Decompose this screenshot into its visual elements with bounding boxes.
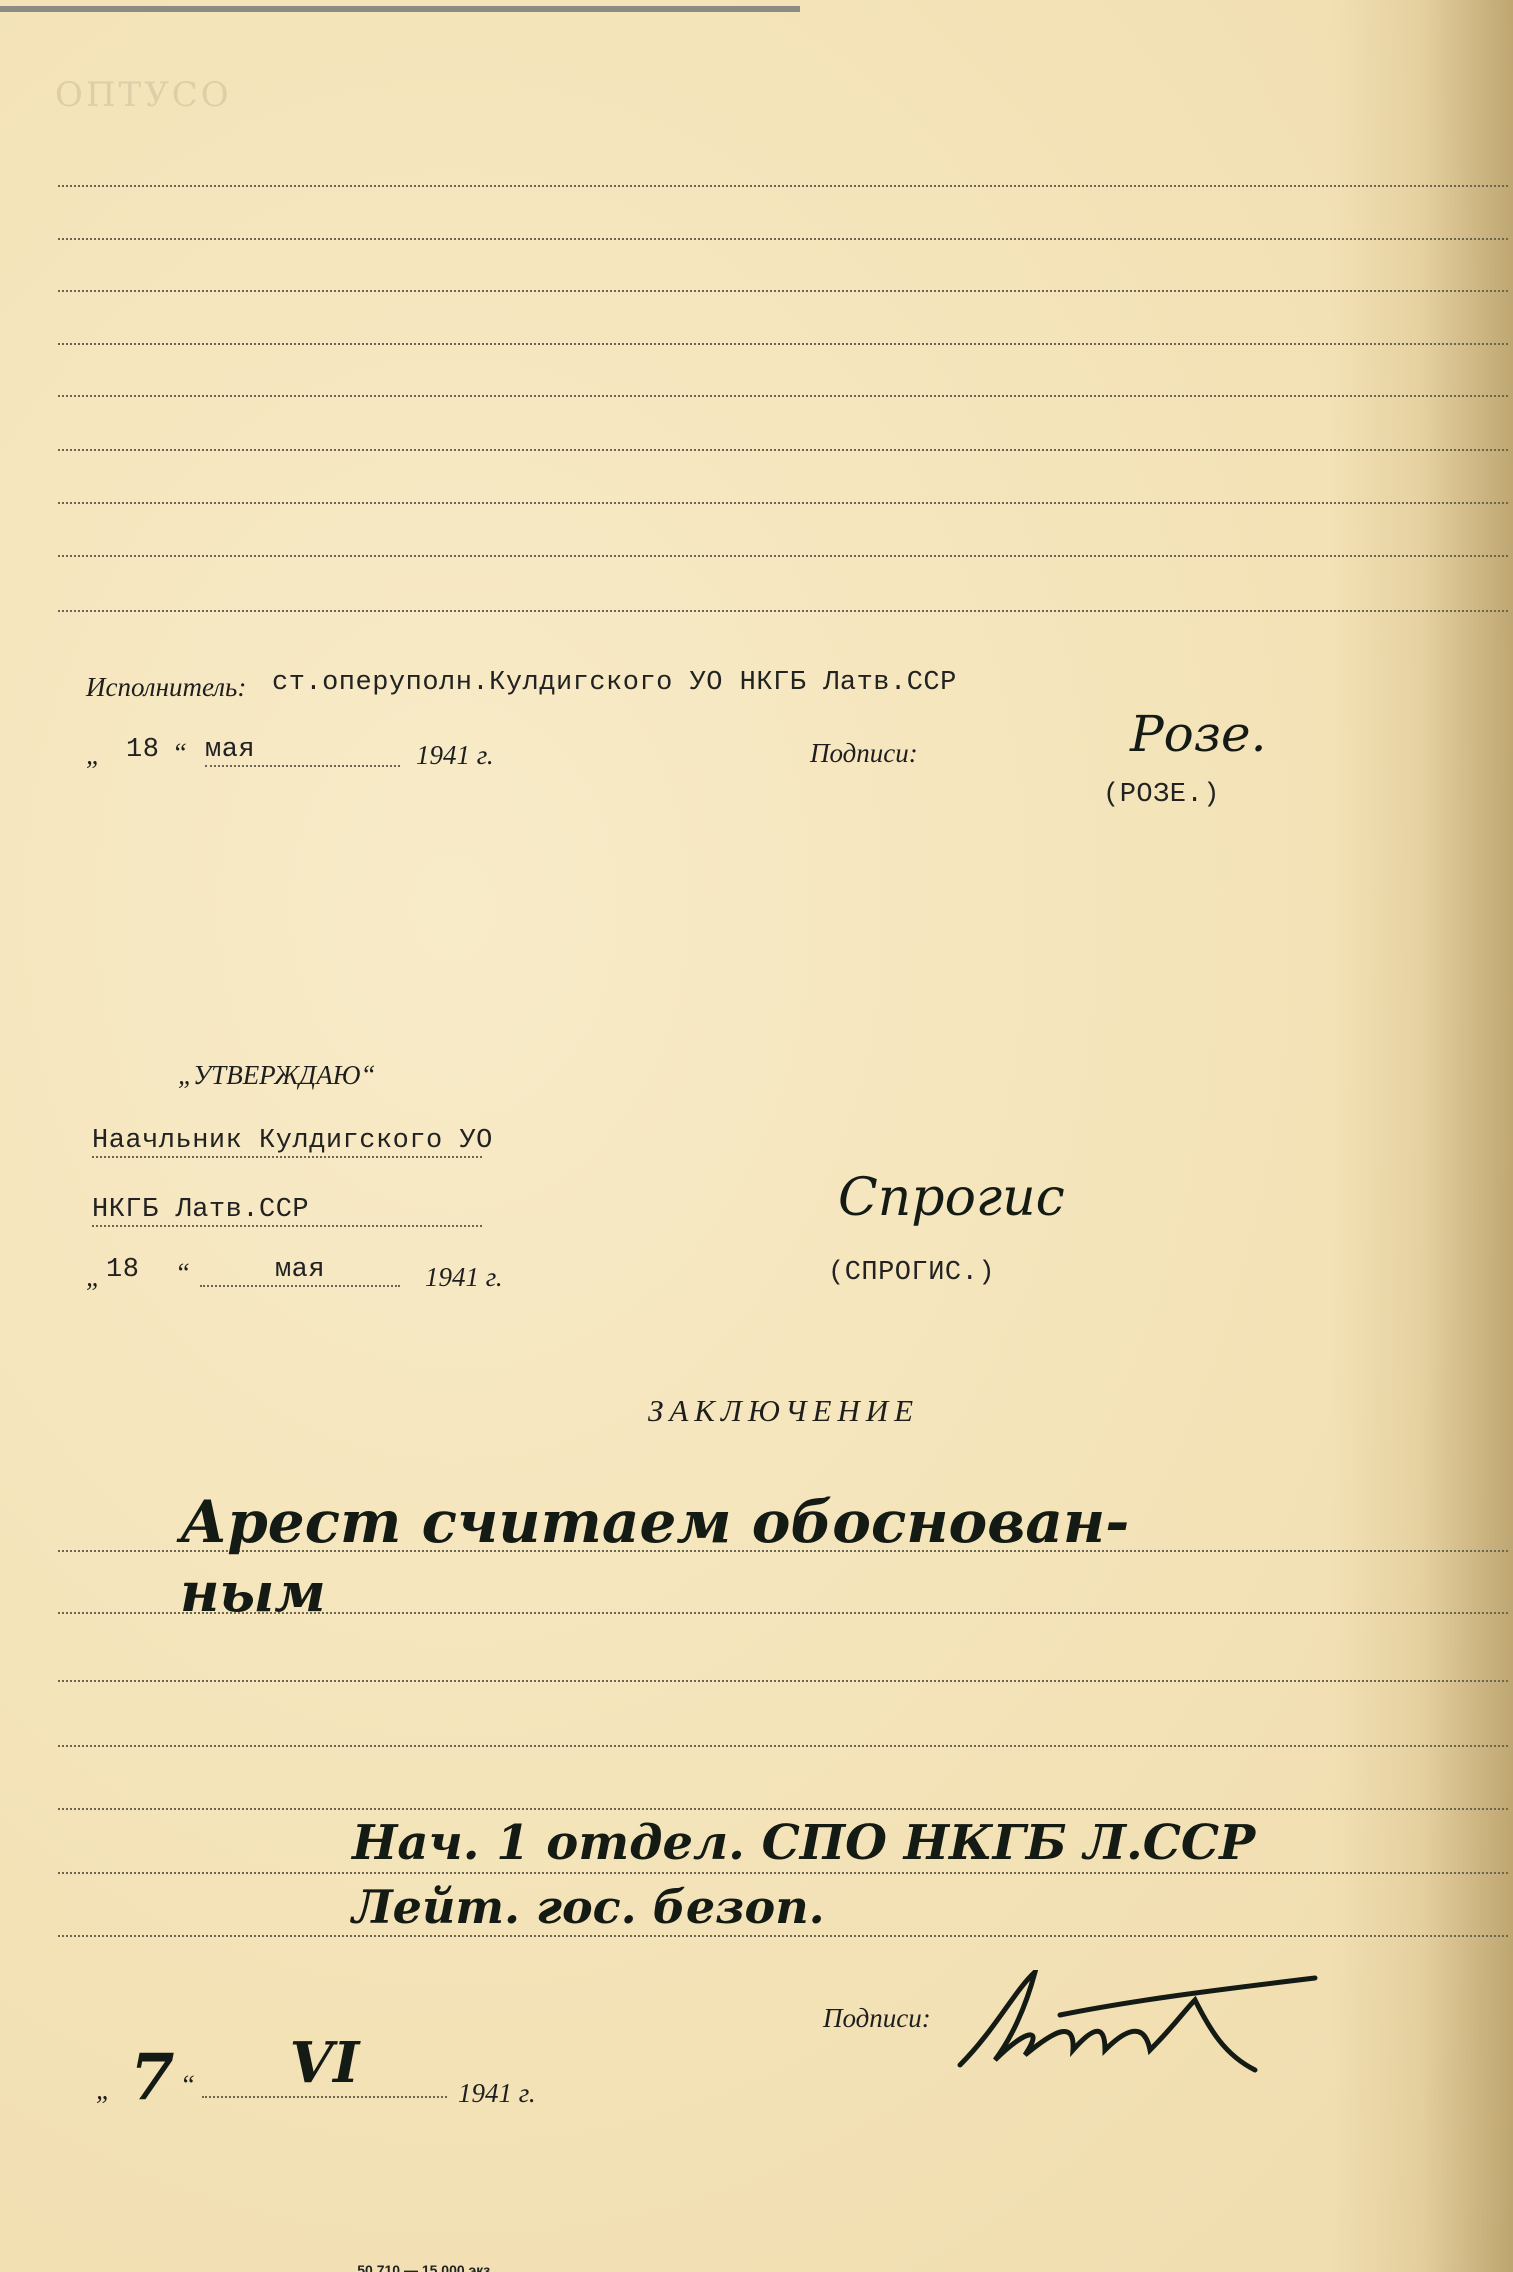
approval-date-day: 18 [106, 1255, 139, 1285]
ruled-line [58, 449, 1508, 451]
approval-date-year: 1941 г. [425, 1262, 503, 1293]
date-open-quote: „ [86, 740, 101, 771]
executor-date-year: 1941 г. [416, 740, 494, 771]
ruled-line [58, 290, 1508, 292]
executor-value: ст.оперуполн.Кулдигского УО НКГБ Латв.СС… [272, 668, 957, 698]
ruled-line [58, 1680, 1508, 1682]
ruled-line [58, 555, 1508, 557]
conclusion-text-line-2: ным [180, 1560, 326, 1624]
conclusion-date-year: 1941 г. [458, 2078, 536, 2109]
print-imprint: ...... 50 710 — 15 000 экз. [330, 2262, 494, 2272]
conclusion-signature-scribble [955, 1970, 1405, 2080]
handwritten-signature-roze: Розе. [1130, 705, 1267, 763]
ruled-line [58, 343, 1508, 345]
signer-title-line-2: Лейт. гос. безоп. [352, 1880, 825, 1934]
conclusion-date-month: VI [202, 2030, 447, 2098]
approval-line-2: НКГБ Латв.ССР [92, 1195, 482, 1227]
ruled-line [58, 1808, 1508, 1810]
approval-line-1: Наачльник Кулдигского УО [92, 1126, 482, 1158]
ruled-line [58, 238, 1508, 240]
typed-name-sprogis: (СПРОГИС.) [828, 1258, 995, 1288]
conclusion-text-line-1: Арест считаем обоснован- [180, 1488, 1129, 1556]
typed-name-roze: (РОЗЕ.) [1103, 780, 1220, 810]
executor-date-day: 18 [126, 735, 159, 765]
executor-date-month: мая [205, 735, 400, 767]
date-open-quote: „ [96, 2075, 111, 2106]
executor-label: Исполнитель: [86, 672, 246, 703]
ruled-line [58, 185, 1508, 187]
ruled-line [58, 1745, 1508, 1747]
ruled-line [58, 610, 1508, 612]
conclusion-signature-label: Подписи: [823, 2003, 931, 2034]
signer-title-line-1: Нач. 1 отдел. СПО НКГБ Л.ССР [352, 1815, 1255, 1871]
date-close-quote: “ [180, 2070, 195, 2101]
conclusion-heading: ЗАКЛЮЧЕНИЕ [648, 1393, 919, 1429]
approval-date-month: мая [200, 1255, 400, 1287]
date-close-quote: “ [175, 1258, 190, 1289]
conclusion-date-day: 7 [130, 2040, 175, 2115]
date-open-quote: „ [86, 1262, 101, 1293]
faint-header-text: ОПТУСО [55, 75, 232, 115]
top-binding-strip [0, 6, 800, 12]
signature-label: Подписи: [810, 738, 918, 769]
approval-stamp: „УТВЕРЖДАЮ“ [178, 1060, 376, 1091]
date-close-quote: “ [172, 738, 187, 769]
ruled-line [58, 395, 1508, 397]
handwritten-signature-sprogis: Спрогис [838, 1168, 1065, 1228]
ruled-line [58, 1872, 1508, 1874]
ruled-line [58, 502, 1508, 504]
ruled-line [58, 1935, 1508, 1937]
